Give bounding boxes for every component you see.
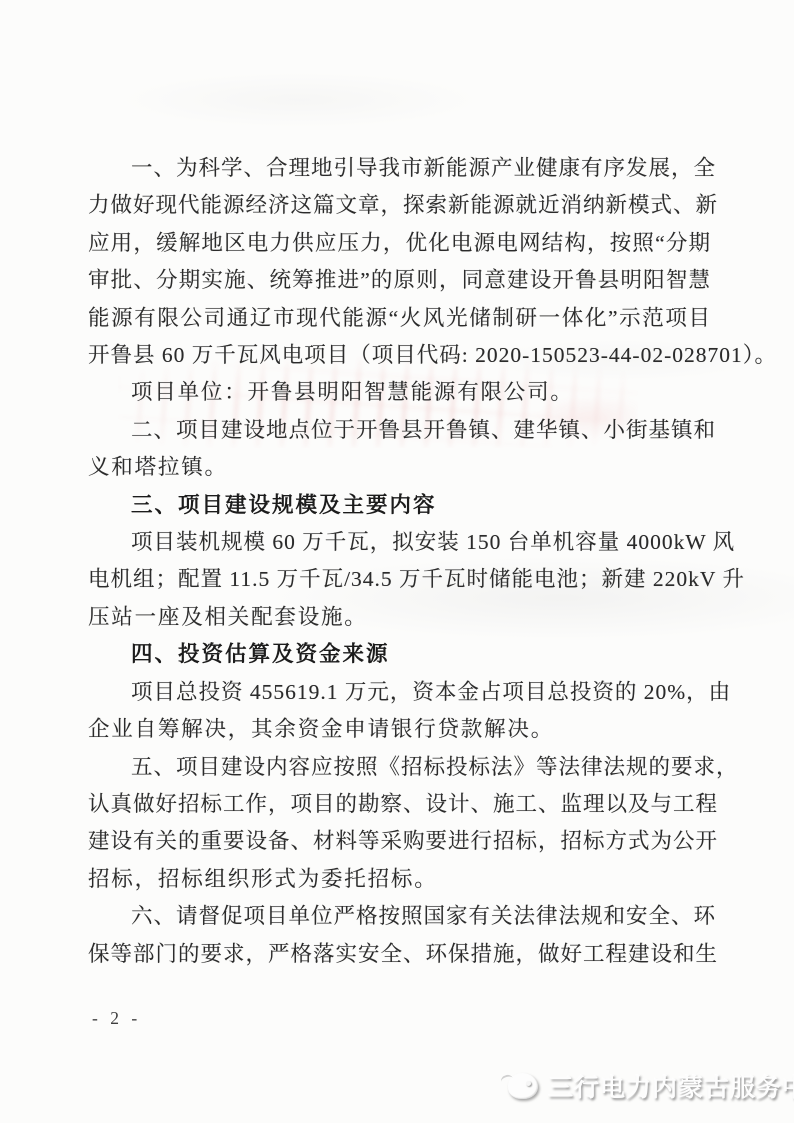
doc-line: 建设有关的重要设备、材料等采购要进行招标，招标方式为公开	[88, 823, 711, 860]
service-center-watermark: 三行电力内蒙古服务中心	[508, 1068, 794, 1104]
doc-line: 审批、分期实施、统筹推进”的原则，同意建设开鲁县明阳智慧	[88, 262, 711, 299]
doc-line: 压站一座及相关配套设施。	[88, 599, 711, 636]
doc-line-project-unit: 项目单位：开鲁县明阳智慧能源有限公司。	[88, 374, 711, 411]
document-body: 一、为科学、合理地引导我市新能源产业健康有序发展，全 力做好现代能源经济这篇文章…	[88, 150, 711, 973]
doc-line: 电机组；配置 11.5 万千瓦/34.5 万千瓦时储能电池；新建 220kV 升	[88, 561, 711, 598]
doc-line: 一、为科学、合理地引导我市新能源产业健康有序发展，全	[88, 150, 711, 187]
doc-line: 应用，缓解地区电力供应压力，优化电源电网结构，按照“分期	[88, 225, 711, 262]
doc-line: 六、请督促项目单位严格按照国家有关法律法规和安全、环	[88, 898, 711, 935]
doc-line: 二、项目建设地点位于开鲁县开鲁镇、建华镇、小街基镇和	[88, 412, 711, 449]
doc-line: 力做好现代能源经济这篇文章，探索新能源就近消纳新模式、新	[88, 187, 711, 224]
doc-line: 项目装机规模 60 万千瓦，拟安装 150 台单机容量 4000kW 风	[88, 524, 711, 561]
doc-line: 能源有限公司通辽市现代能源“火风光储制研一体化”示范项目	[88, 300, 711, 337]
service-center-bird-logo-icon	[508, 1073, 538, 1099]
page-number: - 2 -	[92, 1008, 141, 1029]
doc-heading-section-3: 三、项目建设规模及主要内容	[88, 487, 711, 524]
doc-heading-section-4: 四、投资估算及资金来源	[88, 636, 711, 673]
service-center-watermark-text: 三行电力内蒙古服务中心	[548, 1068, 794, 1104]
doc-line: 企业自筹解决，其余资金申请银行贷款解决。	[88, 711, 711, 748]
doc-line: 开鲁县 60 万千瓦风电项目（项目代码: 2020-150523-44-02-0…	[88, 337, 711, 374]
scanned-document-page: { "document": { "lines": [ { "text": "一、…	[0, 0, 794, 1123]
doc-line: 五、项目建设内容应按照《招标投标法》等法律法规的要求，	[88, 749, 711, 786]
doc-line: 项目总投资 455619.1 万元，资本金占项目总投资的 20%，由	[88, 674, 711, 711]
doc-line: 招标，招标组织形式为委托招标。	[88, 861, 711, 898]
doc-line: 保等部门的要求，严格落实安全、环保措施，做好工程建设和生	[88, 936, 711, 973]
doc-line: 认真做好招标工作，项目的勘察、设计、施工、监理以及与工程	[88, 786, 711, 823]
doc-line: 义和塔拉镇。	[88, 449, 711, 486]
